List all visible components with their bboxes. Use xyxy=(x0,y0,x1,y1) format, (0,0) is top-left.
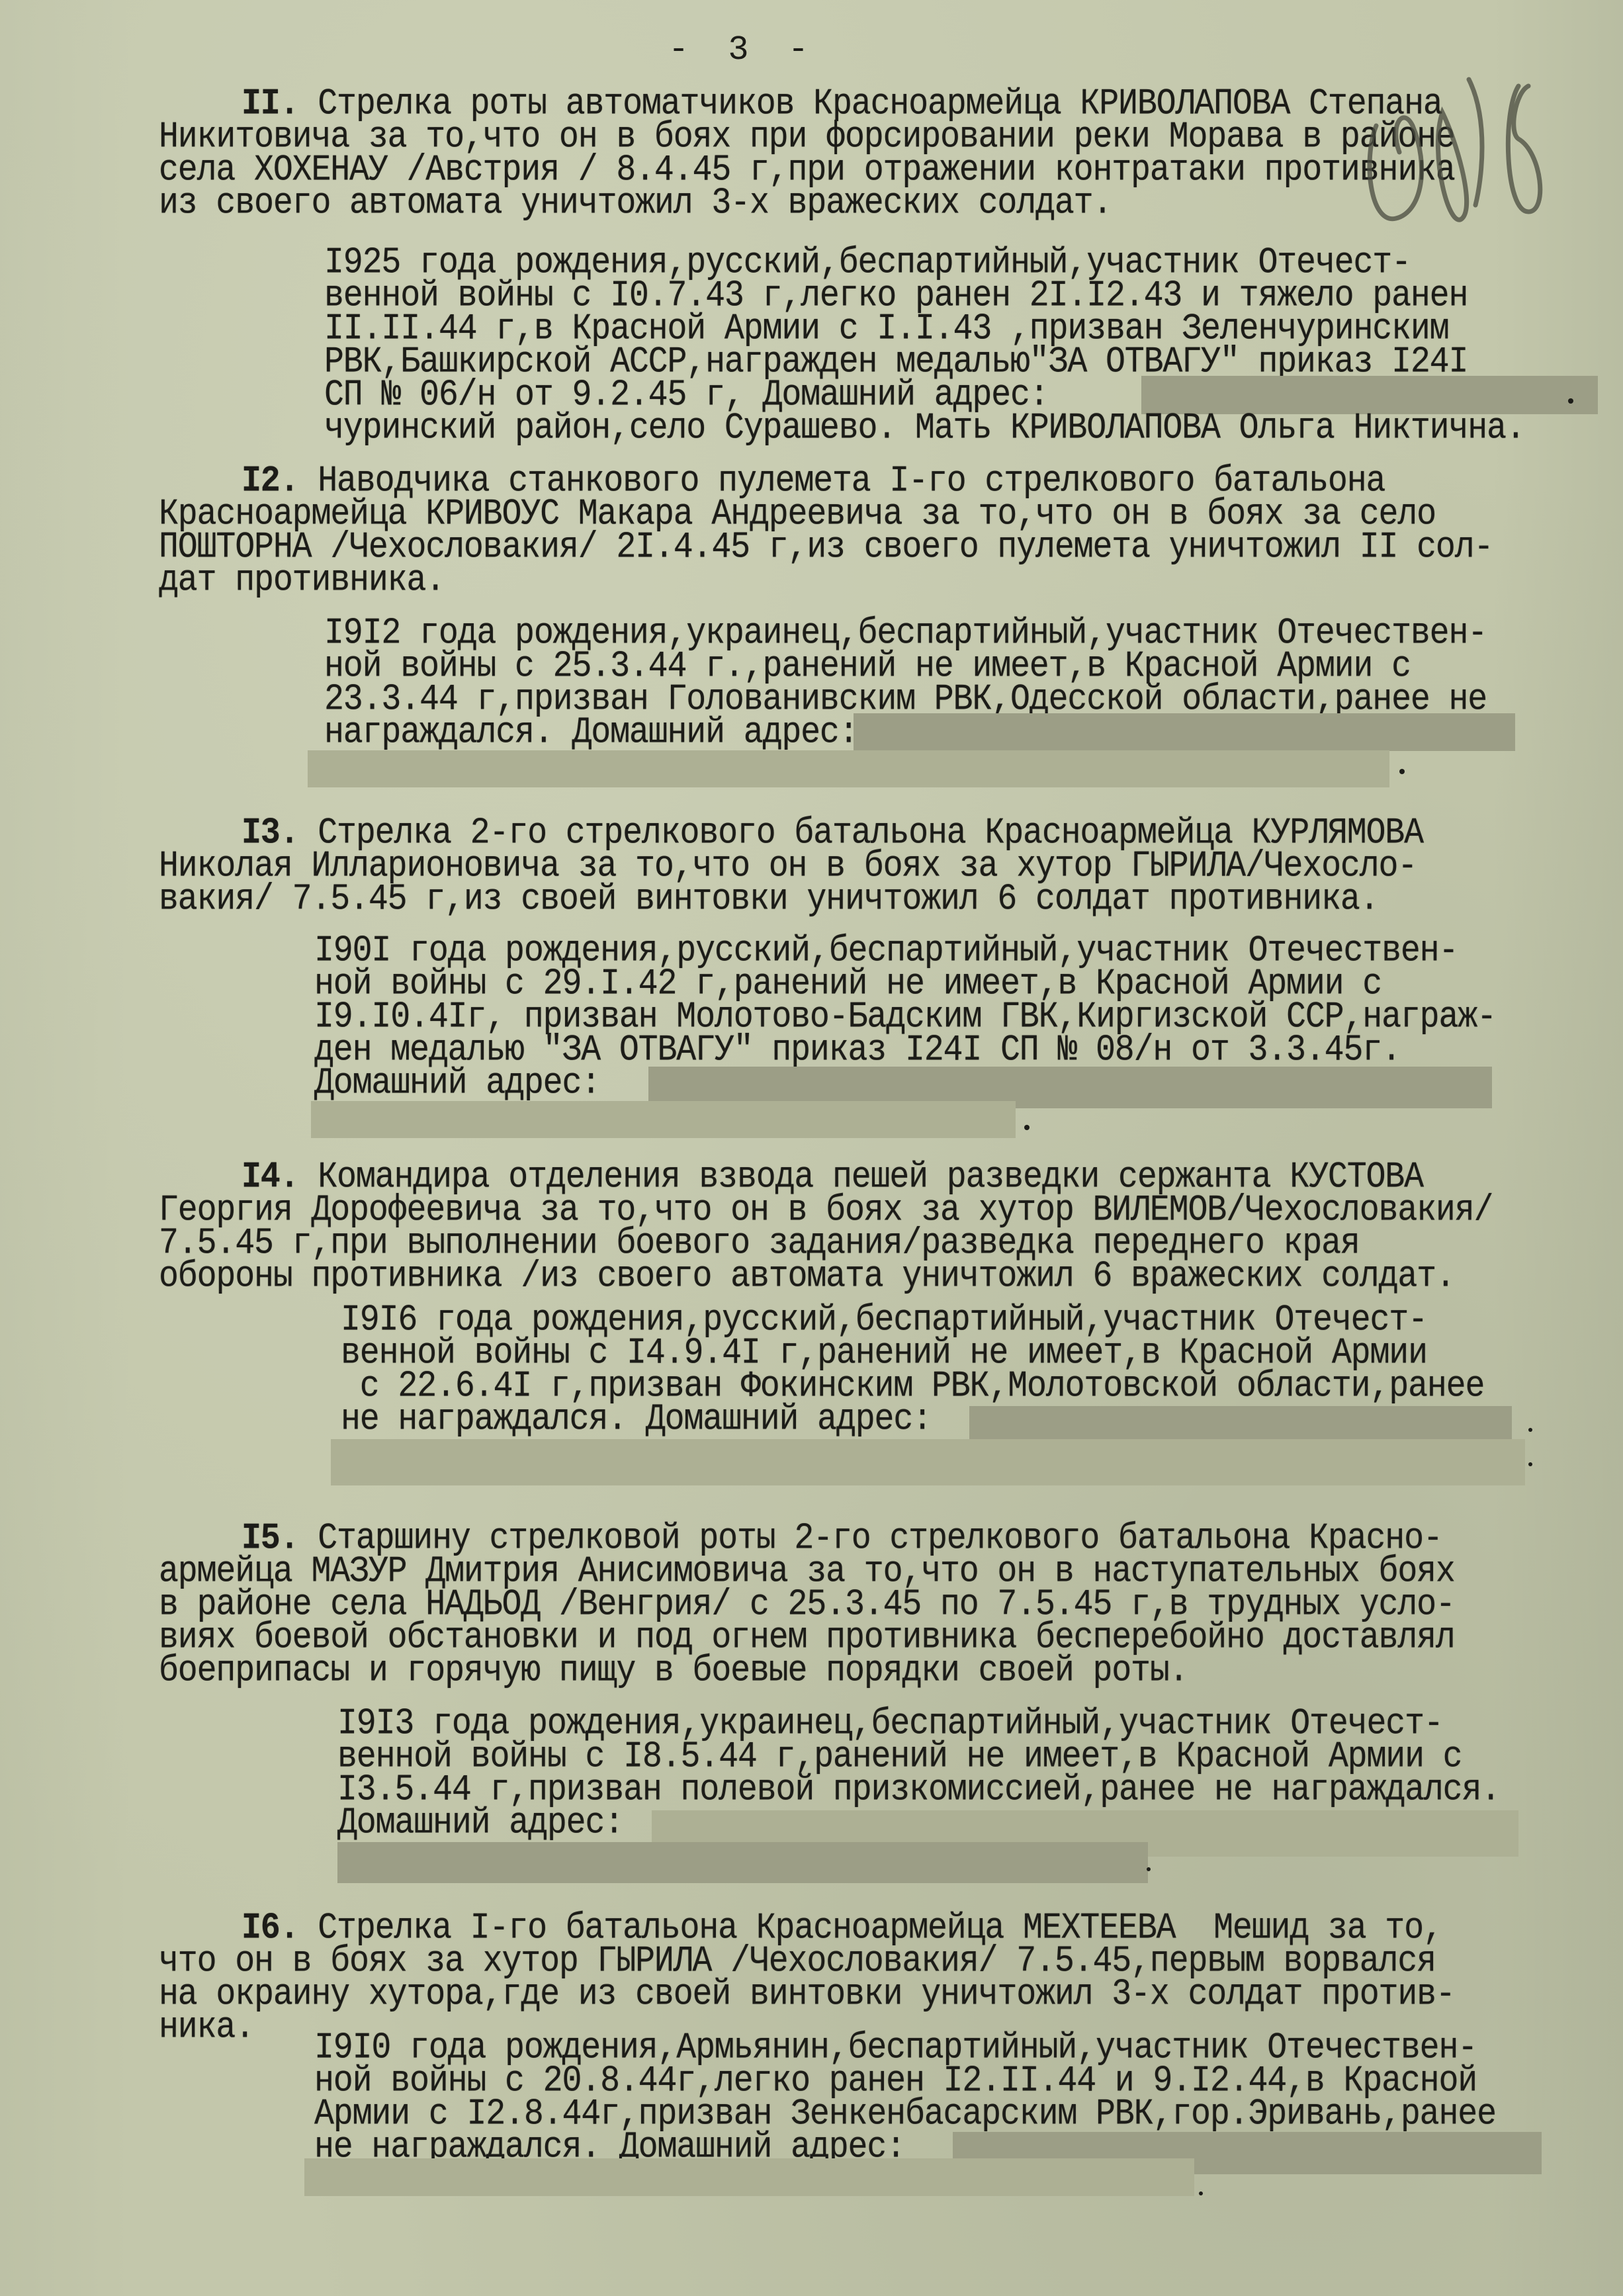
redacted-address xyxy=(969,1406,1512,1440)
entry-16-line-4: ника. xyxy=(159,2009,254,2047)
entry-12-bio-4: награждался. Домашний адрес: xyxy=(324,715,858,752)
document-page: - 3 - II. Стрелка роты автоматчиков Крас… xyxy=(0,0,1623,2296)
entry-15-bio-4: Домашний адрес: xyxy=(337,1805,623,1842)
period-mark xyxy=(1024,1125,1030,1130)
period-mark xyxy=(1568,398,1573,404)
entry-11-bio-6: чуринский район,село Сурашево. Мать КРИВ… xyxy=(324,410,1525,447)
entry-15-line-5: боеприпасы и горячую пищу в боевые поряд… xyxy=(159,1653,1188,1690)
entry-12-line-4: дат противника. xyxy=(159,562,445,599)
redacted-address xyxy=(337,1842,1148,1883)
entry-13-bio-5: Домашний адрес: xyxy=(314,1065,600,1102)
period-mark xyxy=(1528,1428,1532,1432)
redacted-address xyxy=(308,750,1389,787)
entry-14-line-4: обороны противника /из своего автомата у… xyxy=(159,1258,1455,1296)
period-mark xyxy=(1528,1462,1532,1466)
period-mark xyxy=(1399,769,1405,774)
entry-13-line-3: вакия/ 7.5.45 г,из своей винтовки уничто… xyxy=(159,881,1379,918)
handwritten-signature-icon xyxy=(1350,53,1601,251)
entry-14-bio-4: не награждался. Домашний адрес: xyxy=(341,1401,932,1438)
page-number: - 3 - xyxy=(668,30,818,69)
period-mark xyxy=(1199,2191,1203,2195)
redacted-address xyxy=(854,713,1515,751)
entry-16-line-3: на окраину хутора,где из своей винтовки … xyxy=(159,1976,1455,2013)
entry-11-line-4: из своего автомата уничтожил 3-х вражеск… xyxy=(159,185,1112,222)
redacted-address xyxy=(304,2158,1194,2196)
period-mark xyxy=(1147,1867,1151,1871)
redacted-address xyxy=(311,1101,1016,1138)
redacted-address xyxy=(331,1439,1525,1485)
